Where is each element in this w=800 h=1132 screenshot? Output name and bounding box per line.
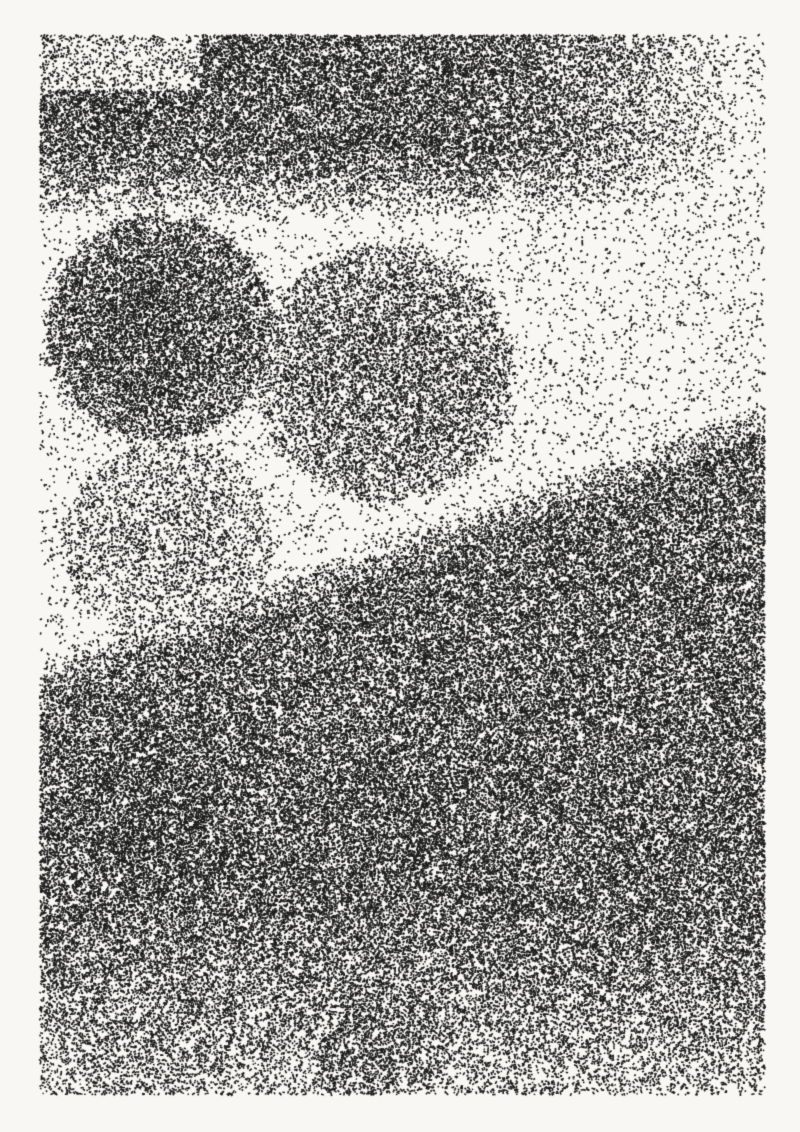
stipple-canvas — [0, 0, 800, 1132]
stipple-artwork — [0, 0, 800, 1132]
